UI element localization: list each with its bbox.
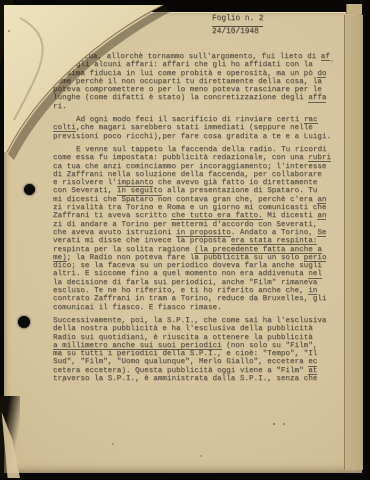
underlined-text: perio <box>304 254 327 262</box>
underlying-sheet-tab <box>346 4 362 14</box>
text-segment: traverso la S.P.I., è amministrata dalla… <box>53 375 317 383</box>
underlined-text: do <box>317 70 326 78</box>
text-segment: che aveva avuto istruzioni <box>53 229 176 237</box>
text-segment: con Severati, <box>53 187 117 195</box>
text-line: la decisione di farla sui periodici, anc… <box>53 279 351 287</box>
folded-corner <box>0 0 185 175</box>
underlined-text: ec <box>308 358 317 366</box>
text-line: altri. E siccome fino a quel momento non… <box>53 270 351 278</box>
text-segment: zi di andare a Torino per mettermi d'acc… <box>53 221 317 229</box>
punch-hole <box>24 184 35 195</box>
scanned-document: Foglio n. 2 24/10/1948 e la tua, allorch… <box>0 0 370 480</box>
text-line: comunicai il fiasco. E fiasco rimase. <box>53 304 351 312</box>
underlined-text: affa <box>308 94 326 102</box>
underlined-text: che tutto era fatto. <box>171 212 262 220</box>
text-segment: Zaffrani ti aveva scritto <box>53 212 171 220</box>
text-segment: Radio sui quotidiani, è riuscita a otten… <box>53 334 313 342</box>
underlined-text: in seguito <box>117 187 163 195</box>
underlined-text: me) <box>53 254 67 262</box>
text-segment: Sud", "Film", "Uomo qualunque", Merlo Gi… <box>53 358 308 366</box>
text-segment: alla presentazione di Spataro. Tu <box>162 187 317 195</box>
text-segment: cetera eccetera). Questa pubblicità oggi… <box>53 367 308 375</box>
text-segment: contrato Zaffrani in tram a Torino, redu… <box>53 295 326 303</box>
underlined-text: era stata respinta: <box>231 237 318 245</box>
punch-hole <box>18 316 30 328</box>
dust-specks <box>0 0 2 2</box>
underlined-text: an <box>317 196 326 204</box>
paragraph: Successivamente, poi, la S.P.I., che com… <box>53 317 351 383</box>
underlined-text: nel <box>308 270 322 278</box>
text-segment: che avevo già fatto io direttamente <box>153 179 317 187</box>
text-line: me); la Radio non poteva fare la pubblic… <box>53 254 351 262</box>
text-line: che aveva avuto istruzioni in proposito.… <box>53 229 351 237</box>
date-label: 24/10/1948 <box>212 27 263 38</box>
text-line: verati mi disse che invece la proposta e… <box>53 237 351 245</box>
text-segment: mi dicesti che Spataro non contava gran … <box>53 196 317 204</box>
text-line: a millimetro anche sui suoi periodici (n… <box>53 342 351 350</box>
text-segment: della nostra pubblicità e ha l'esclusiva… <box>53 325 313 333</box>
underlined-text: at <box>308 367 317 375</box>
text-line: traverso la S.P.I., è amministrata dalla… <box>53 375 351 383</box>
text-segment: altri. E siccome fino a quel momento non… <box>53 270 308 278</box>
underlined-text: af <box>321 53 330 61</box>
text-line: mi dicesti che Spataro non contava gran … <box>53 196 351 204</box>
text-line: zi di andare a Torino per mettermi d'acc… <box>53 221 351 229</box>
text-segment: ; la Radio non poteva fare la pubblicità… <box>67 254 304 262</box>
text-line: Zaffrani ti aveva scritto che tutto era … <box>53 212 351 220</box>
text-segment: (non solo su "Film", <box>222 342 318 350</box>
underlined-text: in proposito <box>176 229 231 237</box>
text-line: con Severati, in seguito alla presentazi… <box>53 187 351 195</box>
text-segment: Successivamente, poi, la S.P.I., che com… <box>53 317 326 325</box>
underlined-text: rac <box>304 116 318 124</box>
text-segment: escluso. Te ne ho riferito, e ti ho rife… <box>53 287 308 295</box>
underlined-text: in <box>308 287 317 295</box>
text-line: contrato Zaffrani in tram a Torino, redu… <box>53 295 351 303</box>
text-line: respinta per la solita ragione (la prece… <box>53 246 351 254</box>
text-segment: ma su tutti i periodici della S.P.I., e … <box>53 350 317 358</box>
text-segment: la decisione di farla sui periodici, anc… <box>53 279 317 287</box>
page-number-heading: Foglio n. 2 <box>212 14 263 27</box>
text-line: cetera eccetera). Questa pubblicità oggi… <box>53 367 351 375</box>
text-segment: dico; se la faceva su un periodico dovev… <box>53 262 322 270</box>
text-line: della nostra pubblicità e ha l'esclusiva… <box>53 325 351 333</box>
underlined-text: Se <box>317 229 326 237</box>
text-segment: respinta per la solita ragione <box>53 246 194 254</box>
text-line: Radio sui quotidiani, è riuscita a otten… <box>53 334 351 342</box>
text-line: Successivamente, poi, la S.P.I., che com… <box>53 317 351 325</box>
text-segment: comunicai il fiasco. E fiasco rimase. <box>53 304 222 312</box>
text-segment: verati mi disse che invece la proposta <box>53 237 231 245</box>
text-segment: zi rivalità tra Torino e Roma e un giorn… <box>53 204 326 212</box>
underlined-text: a millimetro anche sui suoi periodici <box>53 342 222 350</box>
underlined-text: (la precedente fatta anche a <box>194 246 322 254</box>
text-line: Sud", "Film", "Uomo qualunque", Merlo Gi… <box>53 358 351 366</box>
underlined-text: an <box>317 212 326 220</box>
text-segment: Mi dicesti <box>263 212 318 220</box>
underlined-text: impianto <box>117 179 153 187</box>
text-segment: e risolvere l' <box>53 179 117 187</box>
underlined-text: rubri <box>308 154 331 162</box>
text-segment: . Andato a Torino, <box>231 229 318 237</box>
page-header: Foglio n. 2 24/10/1948 <box>212 14 263 38</box>
